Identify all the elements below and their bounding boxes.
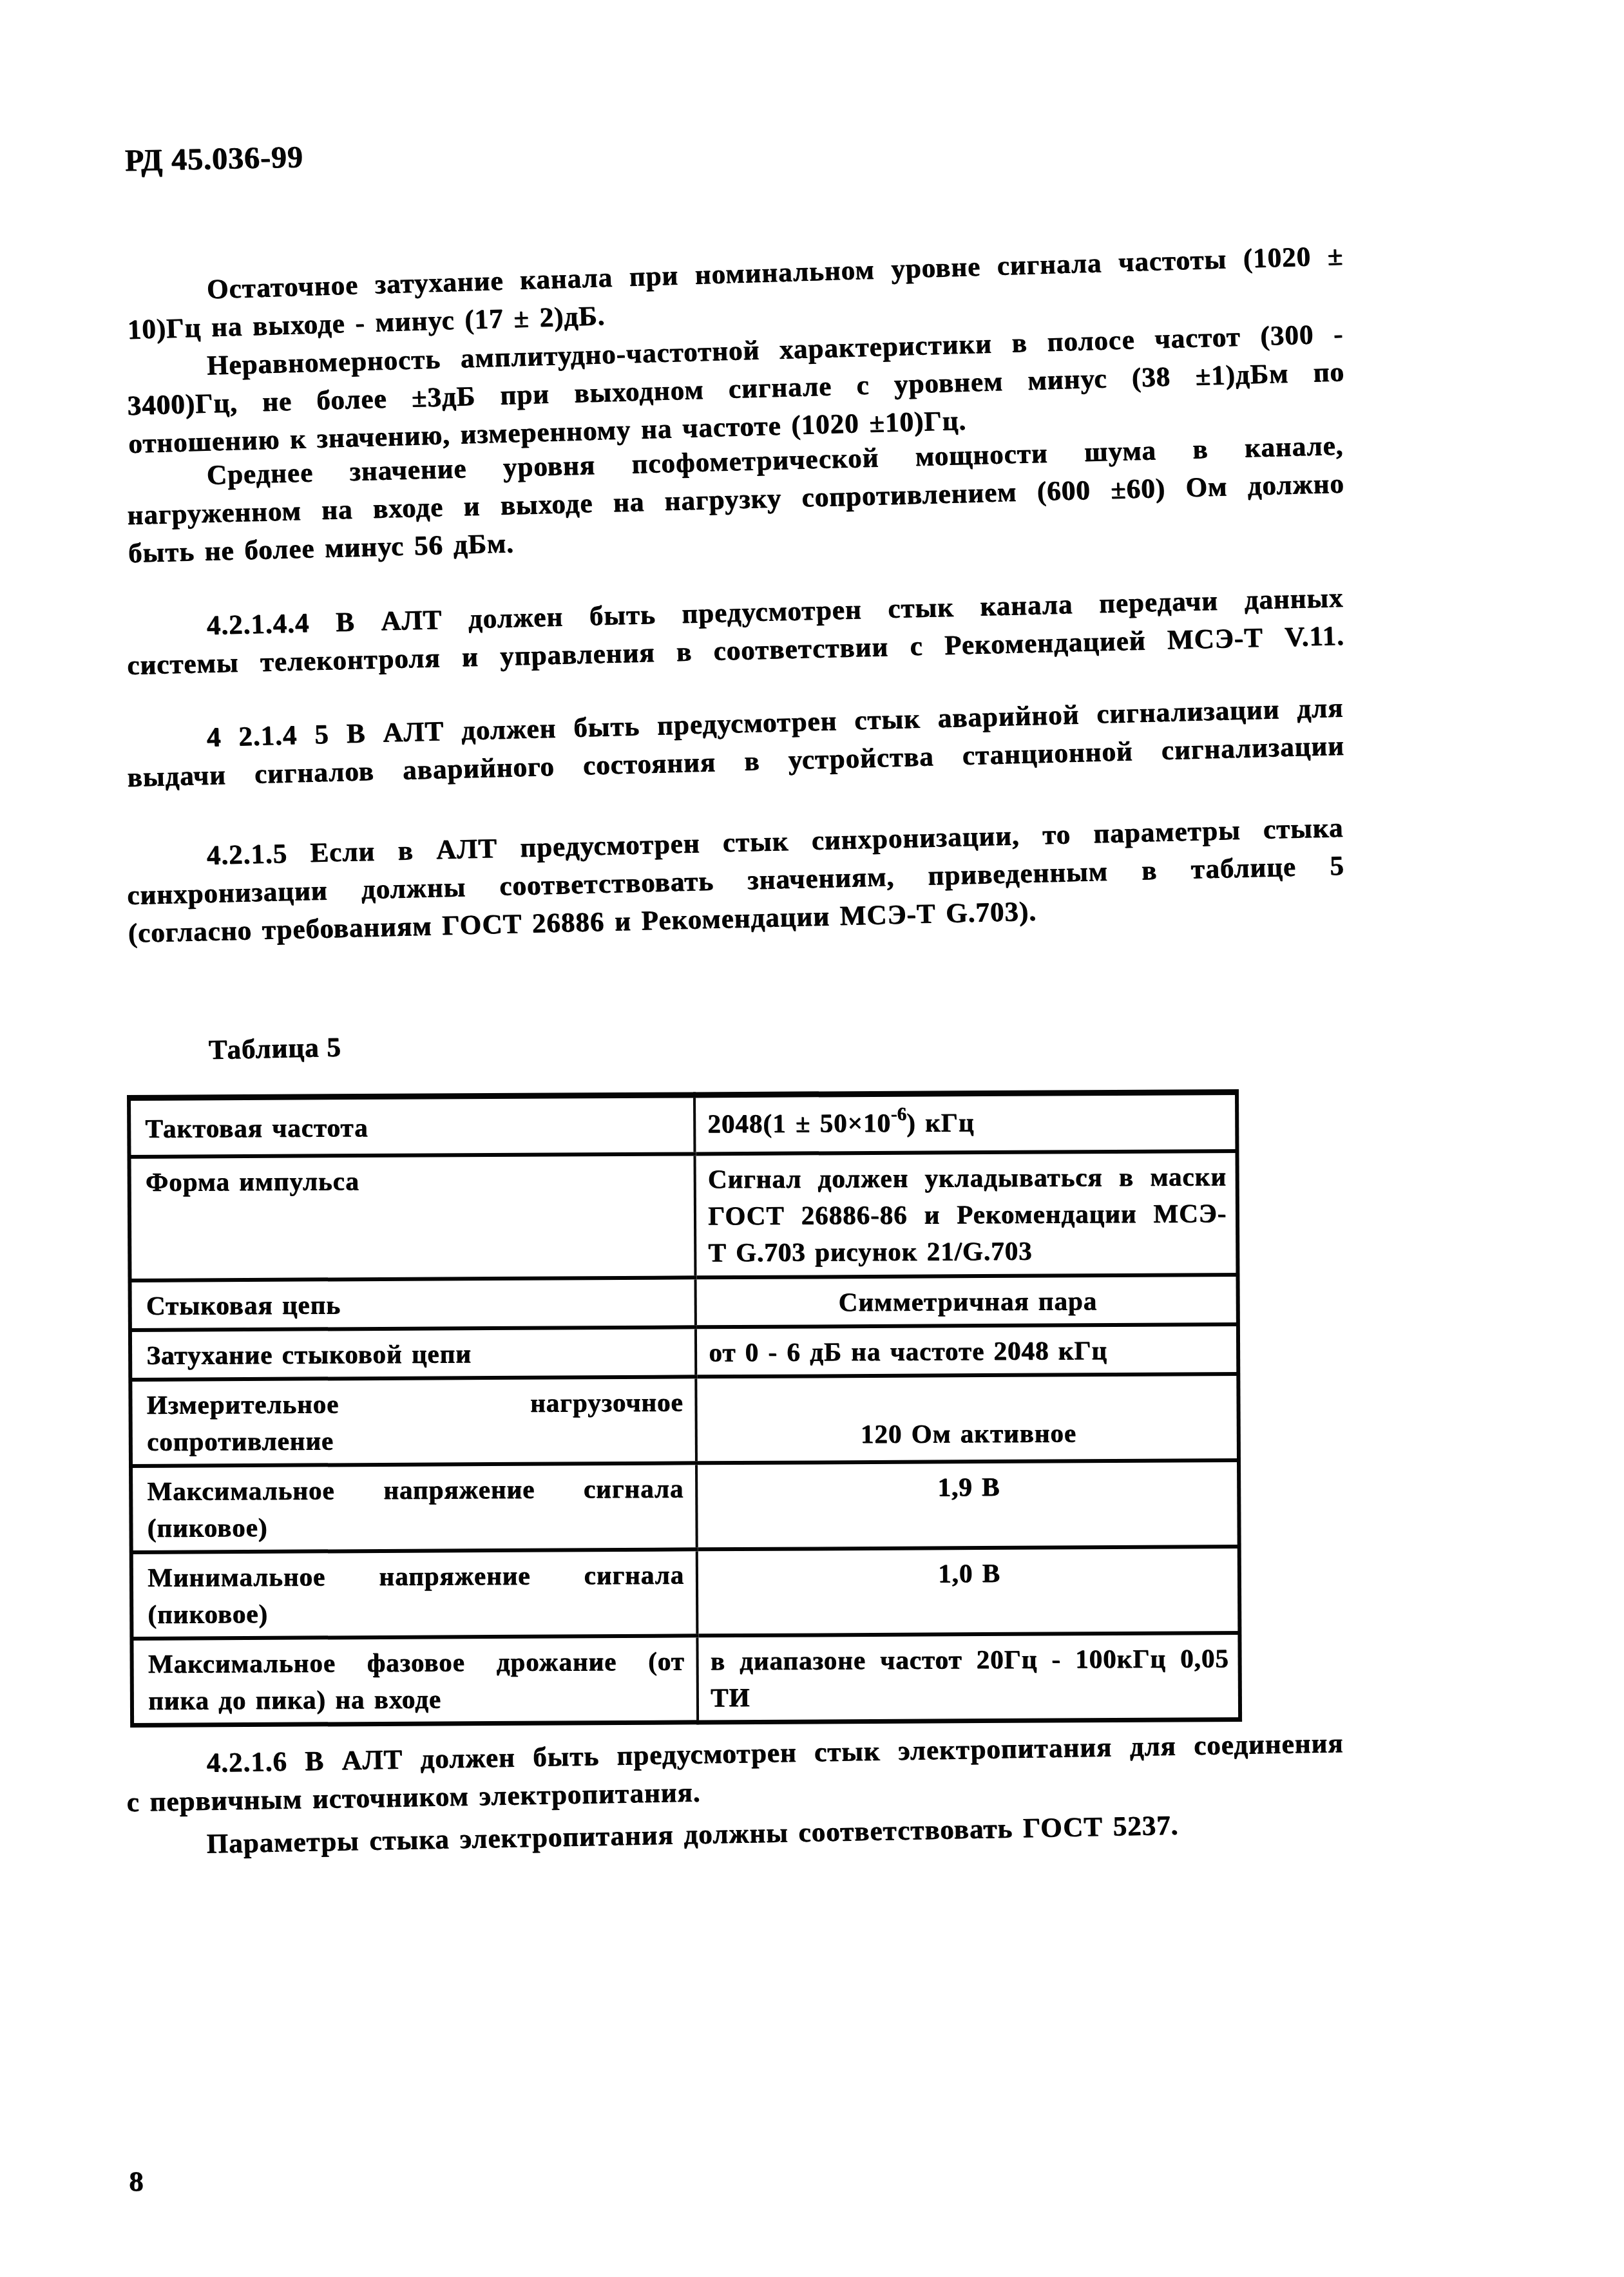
param-cell: Форма импульса — [129, 1154, 696, 1281]
table-row-circuit-attenuation: Затухание стыковой цепи от 0 - 6 дБ на ч… — [130, 1324, 1238, 1380]
value-cell: Сигнал должен укладываться в маски ГОСТ … — [694, 1151, 1237, 1277]
value-cell: 1,0 В — [697, 1547, 1240, 1635]
table-row-load-resistance: Измерительное нагрузочное сопротивление … — [130, 1374, 1239, 1466]
clock-value-post: ) кГц — [906, 1107, 974, 1138]
param-cell: Тактовая частота — [129, 1095, 694, 1157]
text-line: Измерительное нагрузочное — [146, 1384, 683, 1423]
value-cell: 2048(1 ± 50×10-6) кГц — [694, 1092, 1237, 1154]
table-row-pulse-shape: Форма импульса Сигнал должен укладыватьс… — [129, 1151, 1238, 1281]
param-cell: Стыковая цепь — [130, 1277, 696, 1330]
text-line: от 0 - 6 дБ на частоте 2048 кГц — [709, 1331, 1227, 1371]
value-cell: 120 Ом активное — [696, 1374, 1239, 1463]
text-line: Т G.703 рисунок 21/G.703 — [708, 1232, 1227, 1271]
paragraph-4-2-1-4-5: 4 2.1.4 5 В АЛТ должен быть предусмотрен… — [126, 689, 1344, 797]
value-cell: в диапазоне частот 20Гц - 100кГц 0,05 ТИ — [697, 1633, 1240, 1722]
text-line: Максимальное напряжение сигнала — [147, 1470, 683, 1509]
param-cell: Затухание стыковой цепи — [130, 1327, 696, 1380]
param-cell: Минимальное напряжение сигнала (пиковое) — [131, 1549, 698, 1639]
table-row-max-voltage: Максимальное напряжение сигнала (пиковое… — [131, 1460, 1239, 1552]
text-line: ТИ — [711, 1677, 1229, 1716]
text-line: Затухание стыковой цепи — [146, 1334, 683, 1373]
paragraph-4-2-1-4-4: 4.2.1.4.4 В АЛТ должен быть предусмотрен… — [126, 579, 1344, 685]
table-5-label: Таблица 5 — [126, 1028, 341, 1071]
doc-code: РД 45.036-99 — [124, 139, 303, 178]
document-page: РД 45.036-99 Остаточное затухание канала… — [0, 0, 1624, 2277]
clock-value-pre: 2048(1 ± 50×10 — [707, 1108, 891, 1138]
text-line: 1,9 В — [709, 1467, 1228, 1507]
param-cell: Максимальное фазовое дрожание (от пика д… — [131, 1635, 698, 1725]
clock-value-superscript: -6 — [891, 1104, 906, 1125]
text-line: Симметричная пара — [709, 1282, 1227, 1321]
param-cell: Максимальное напряжение сигнала (пиковое… — [131, 1463, 697, 1552]
text-line: Стыковая цепь — [146, 1284, 683, 1324]
table-row-interface-circuit: Стыковая цепь Симметричная пара — [130, 1275, 1238, 1330]
text-line: сопротивление — [147, 1420, 683, 1460]
text-line: 2048(1 ± 50×10-6) кГц — [707, 1103, 1226, 1145]
text-line: Тактовая частота — [145, 1107, 682, 1147]
text-line: (пиковое) — [147, 1507, 683, 1546]
value-cell: от 0 - 6 дБ на частоте 2048 кГц — [696, 1324, 1238, 1377]
text-line: (пиковое) — [148, 1593, 684, 1632]
text-line: 1,0 В — [710, 1554, 1228, 1593]
text-line: Минимальное напряжение сигнала — [148, 1556, 684, 1596]
text-line: ГОСТ 26886-86 и Рекомендации МСЭ- — [708, 1195, 1227, 1234]
text-line: 120 Ом активное — [709, 1414, 1228, 1453]
text-line: Максимальное фазовое дрожание (от — [148, 1643, 684, 1682]
table-5: Тактовая частота 2048(1 ± 50×10-6) кГц Ф… — [127, 1089, 1242, 1728]
page-number: 8 — [129, 2164, 144, 2198]
table-row-clock-frequency: Тактовая частота 2048(1 ± 50×10-6) кГц — [129, 1092, 1237, 1157]
text-line: Сигнал должен укладываться в маски — [708, 1158, 1227, 1197]
table-row-phase-jitter: Максимальное фазовое дрожание (от пика д… — [131, 1633, 1240, 1726]
paragraph-4-2-1-5: 4.2.1.5 Если в АЛТ предусмотрен стык син… — [126, 809, 1346, 953]
text-line: в диапазоне частот 20Гц - 100кГц 0,05 — [710, 1640, 1228, 1679]
value-cell: 1,9 В — [696, 1460, 1239, 1549]
value-cell: Симметричная пара — [695, 1275, 1237, 1327]
text-line: пика до пика) на входе — [148, 1679, 685, 1719]
table-row-min-voltage: Минимальное напряжение сигнала (пиковое)… — [131, 1547, 1240, 1639]
text-line: Форма импульса — [146, 1161, 682, 1200]
param-cell: Измерительное нагрузочное сопротивление — [130, 1377, 696, 1466]
